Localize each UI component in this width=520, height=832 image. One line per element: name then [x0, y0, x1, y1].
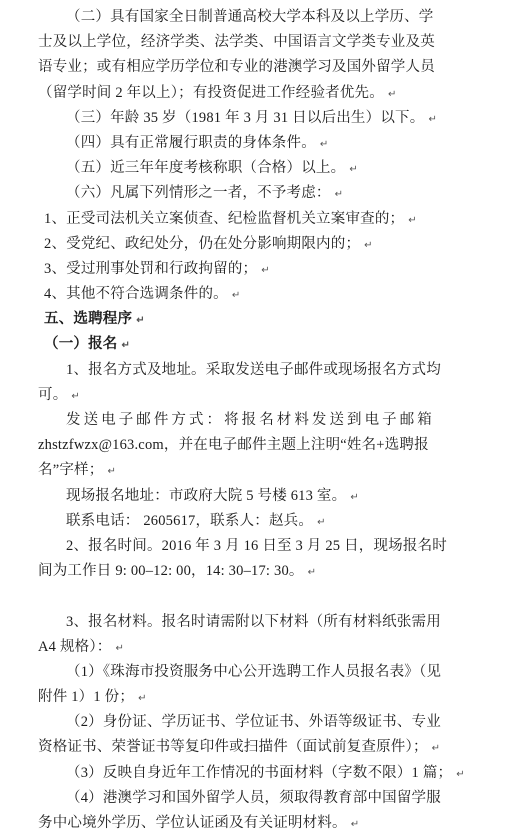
text-line: 2、受党纪、政纪处分，仍在处分影响期限内的；↵: [38, 232, 432, 257]
text-run: （三）年龄 35 岁（1981 年 3 月 31 日以后出生）以下。: [66, 110, 424, 126]
text-line: 现场报名地址：市政府大院 5 号楼 613 室。↵: [38, 484, 432, 509]
paragraph-mark-icon: ↵: [308, 567, 316, 578]
text-run: zhstzfwzx@163.com，并在电子邮件主题上注明“姓名+选聘报: [38, 437, 429, 453]
text-run: 3、报名材料。报名时请需附以下材料（所有材料纸张需用: [66, 614, 441, 630]
text-line: 资格证书、荣誉证书等复印件或扫描件（面试前复查原件）；↵: [38, 735, 432, 760]
text-line: 4、其他不符合选调条件的。↵: [38, 282, 432, 307]
text-line: （4）港澳学习和国外留学人员，须取得教育部中国留学服: [38, 786, 432, 811]
text-line: （二）具有国家全日制普通高校大学本科及以上学历、学: [38, 5, 432, 30]
paragraph-mark-icon: ↵: [351, 819, 359, 830]
text-line: 语专业；或有相应学历学位和专业的港澳学习及国外留学人员: [38, 55, 432, 80]
text-run: 2、受党纪、政纪处分，仍在处分影响期限内的；: [44, 236, 360, 252]
text-line: 附件 1）1 份；↵: [38, 685, 432, 710]
text-run: （五）近三年年度考核称职（合格）以上。: [66, 160, 345, 176]
text-run: （六）凡属下列情形之一者，不予考虑：: [66, 185, 331, 201]
text-line: （五）近三年年度考核称职（合格）以上。↵: [38, 156, 432, 181]
text-run: 名”字样；: [38, 462, 103, 478]
text-line: （六）凡属下列情形之一者，不予考虑：↵: [38, 181, 432, 206]
text-run: 士及以上学位，经济学类、法学类、中国语言文学类专业及英: [38, 34, 435, 50]
paragraph-mark-icon: ↵: [428, 114, 436, 125]
text-run: （2）身份证、学历证书、学位证书、外语等级证书、专业: [66, 714, 441, 730]
paragraph-mark-icon: ↵: [116, 643, 124, 654]
text-run: 发送电子邮件方式：将报名材料发送到电子邮箱: [66, 412, 432, 428]
text-line: A4 规格）：↵: [38, 635, 432, 660]
text-run: （1）《珠海市投资服务中心公开选聘工作人员报名表》（见: [66, 664, 441, 680]
text-line: 2、报名时间。2016 年 3 月 16 日至 3 月 25 日，现场报名时: [38, 534, 432, 559]
text-run: 务中心境外学历、学位认证函及有关证明材料。: [38, 815, 347, 831]
paragraph-mark-icon: ↵: [122, 340, 130, 351]
text-run: 4、其他不符合选调条件的。: [44, 286, 228, 302]
paragraph-mark-icon: ↵: [408, 215, 416, 226]
paragraph-mark-icon: ↵: [456, 769, 464, 780]
text-run: （四）具有正常履行职责的身体条件。: [66, 135, 316, 151]
text-run: 资格证书、荣誉证书等复印件或扫描件（面试前复查原件）；: [38, 739, 428, 755]
paragraph-mark-icon: ↵: [136, 315, 144, 326]
text-run: 语专业；或有相应学历学位和专业的港澳学习及国外留学人员: [38, 59, 435, 75]
text-line: 士及以上学位，经济学类、法学类、中国语言文学类专业及英: [38, 30, 432, 55]
text-line: （三）年龄 35 岁（1981 年 3 月 31 日以后出生）以下。↵: [38, 106, 432, 131]
text-run: （4）港澳学习和国外留学人员，须取得教育部中国留学服: [66, 790, 441, 806]
text-line: （四）具有正常履行职责的身体条件。↵: [38, 131, 432, 156]
text-run: 3、受过刑事处罚和行政拘留的；: [44, 261, 257, 277]
text-line: （3）反映自身近年工作情况的书面材料（字数不限）1 篇；↵: [38, 761, 432, 786]
paragraph-mark-icon: ↵: [261, 265, 269, 276]
paragraph-mark-icon: ↵: [232, 290, 240, 301]
text-run: 1、报名方式及地址。采取发送电子邮件或现场报名方式均: [66, 362, 441, 378]
text-line: 1、报名方式及地址。采取发送电子邮件或现场报名方式均: [38, 358, 432, 383]
text-line: 可。↵: [38, 383, 432, 408]
document-page: （二）具有国家全日制普通高校大学本科及以上学历、学士及以上学位，经济学类、法学类…: [38, 5, 432, 832]
text-run: 1、正受司法机关立案侦查、纪检监督机关立案审查的；: [44, 211, 404, 227]
text-run: A4 规格）：: [38, 639, 112, 655]
text-line: （留学时间 2 年以上）；有投资促进工作经验者优先。↵: [38, 81, 432, 106]
text-line: 3、受过刑事处罚和行政拘留的；↵: [38, 257, 432, 282]
paragraph-mark-icon: ↵: [320, 139, 328, 150]
paragraph-mark-icon: ↵: [364, 240, 372, 251]
paragraph-mark-icon: ↵: [138, 693, 146, 704]
text-run: 间为工作日 9: 00–12: 00，14: 30–17: 30。: [38, 563, 304, 579]
blank-line: [38, 584, 432, 609]
text-run: （留学时间 2 年以上）；有投资促进工作经验者优先。: [38, 85, 384, 101]
text-run: （二）具有国家全日制普通高校大学本科及以上学历、学: [66, 9, 434, 25]
text-line: 名”字样；↵: [38, 458, 432, 483]
text-run: 附件 1）1 份；: [38, 689, 134, 705]
text-line: 五、选聘程序↵: [38, 307, 432, 332]
paragraph-mark-icon: ↵: [71, 391, 79, 402]
text-line: （2）身份证、学历证书、学位证书、外语等级证书、专业: [38, 710, 432, 735]
paragraph-mark-icon: ↵: [335, 189, 343, 200]
paragraph-mark-icon: ↵: [350, 492, 358, 503]
text-line: 发送电子邮件方式：将报名材料发送到电子邮箱: [38, 408, 432, 433]
text-line: 间为工作日 9: 00–12: 00，14: 30–17: 30。↵: [38, 559, 432, 584]
text-run: （3）反映自身近年工作情况的书面材料（字数不限）1 篇；: [66, 765, 452, 781]
text-line: 3、报名材料。报名时请需附以下材料（所有材料纸张需用: [38, 610, 432, 635]
paragraph-mark-icon: ↵: [432, 743, 440, 754]
text-line: 联系电话： 2605617，联系人：赵兵。↵: [38, 509, 432, 534]
paragraph-mark-icon: ↵: [349, 164, 357, 175]
paragraph-mark-icon: ↵: [317, 517, 325, 528]
text-line: zhstzfwzx@163.com，并在电子邮件主题上注明“姓名+选聘报: [38, 433, 432, 458]
text-run: 现场报名地址：市政府大院 5 号楼 613 室。: [66, 488, 346, 504]
text-run: 可。: [38, 387, 67, 403]
text-line: 1、正受司法机关立案侦查、纪检监督机关立案审查的；↵: [38, 207, 432, 232]
paragraph-mark-icon: ↵: [388, 89, 396, 100]
text-line: （一）报名↵: [38, 332, 432, 357]
text-run: （一）报名: [44, 336, 118, 352]
text-run: 联系电话： 2605617，联系人：赵兵。: [66, 513, 313, 529]
text-run: 五、选聘程序: [44, 311, 132, 327]
text-line: （1）《珠海市投资服务中心公开选聘工作人员报名表》（见: [38, 660, 432, 685]
text-run: 2、报名时间。2016 年 3 月 16 日至 3 月 25 日，现场报名时: [66, 538, 447, 554]
text-line: 务中心境外学历、学位认证函及有关证明材料。↵: [38, 811, 432, 832]
paragraph-mark-icon: ↵: [107, 466, 115, 477]
